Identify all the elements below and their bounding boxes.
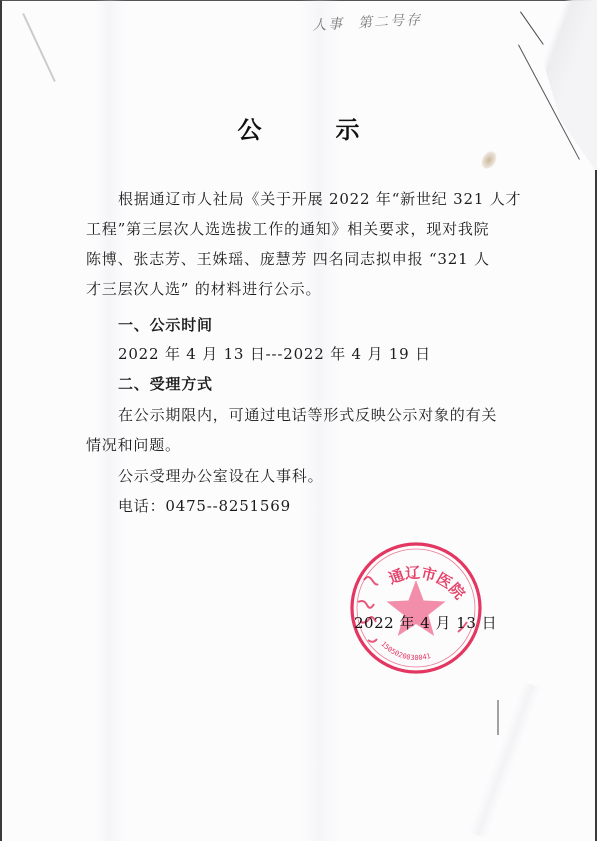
- stamp-serial: 1505020030041: [379, 640, 431, 662]
- paragraph-line: 工程”第三层次人选选拔工作的通知》相关要求，现对我院: [86, 218, 489, 239]
- paper-crease: [468, 681, 542, 838]
- paragraph-line: 陈博、张志芳、王姝瑶、庞慧芳 四名同志拟申报 “321 人: [86, 248, 490, 269]
- handwritten-note-dept: 人事: [312, 16, 345, 34]
- title-char-1: 公: [238, 110, 262, 145]
- official-seal-stamp: 通辽市医院 1505020030041: [346, 540, 486, 680]
- notice-period: 2022 年 4 月 13 日---2022 年 4 月 19 日: [118, 343, 431, 364]
- paragraph-line: 情况和问题。: [86, 434, 181, 455]
- paragraph-line: 才三层次人选” 的材料进行公示。: [86, 278, 321, 299]
- paper-crease-mark: [22, 13, 56, 82]
- paragraph-line: 根据通辽市人社局《关于开展 2022 年“新世纪 321 人才: [118, 188, 521, 209]
- page-title: 公示: [0, 110, 597, 145]
- stamp-text: 通辽市医院: [386, 564, 468, 603]
- paper-crease-mark: [497, 700, 499, 735]
- svg-text:1505020030041: 1505020030041: [379, 640, 431, 662]
- phone-number: 电话：0475--8251569: [118, 495, 291, 516]
- handwritten-note-file: 第二号存: [358, 12, 423, 31]
- paper-stain: [478, 148, 500, 172]
- paragraph-line: 在公示期限内，可通过电话等形式反映公示对象的有关: [118, 404, 497, 425]
- office-note: 公示受理办公室设在人事科。: [118, 465, 323, 486]
- section-heading-time: 一、公示时间: [118, 314, 213, 335]
- signature-date: 2022 年 4 月 13 日: [354, 612, 497, 633]
- svg-text:通辽市医院: 通辽市医院: [386, 564, 468, 603]
- title-char-2: 示: [336, 110, 360, 145]
- handwritten-note: 人事第二号存: [312, 9, 423, 35]
- section-heading-method: 二、受理方式: [118, 373, 213, 394]
